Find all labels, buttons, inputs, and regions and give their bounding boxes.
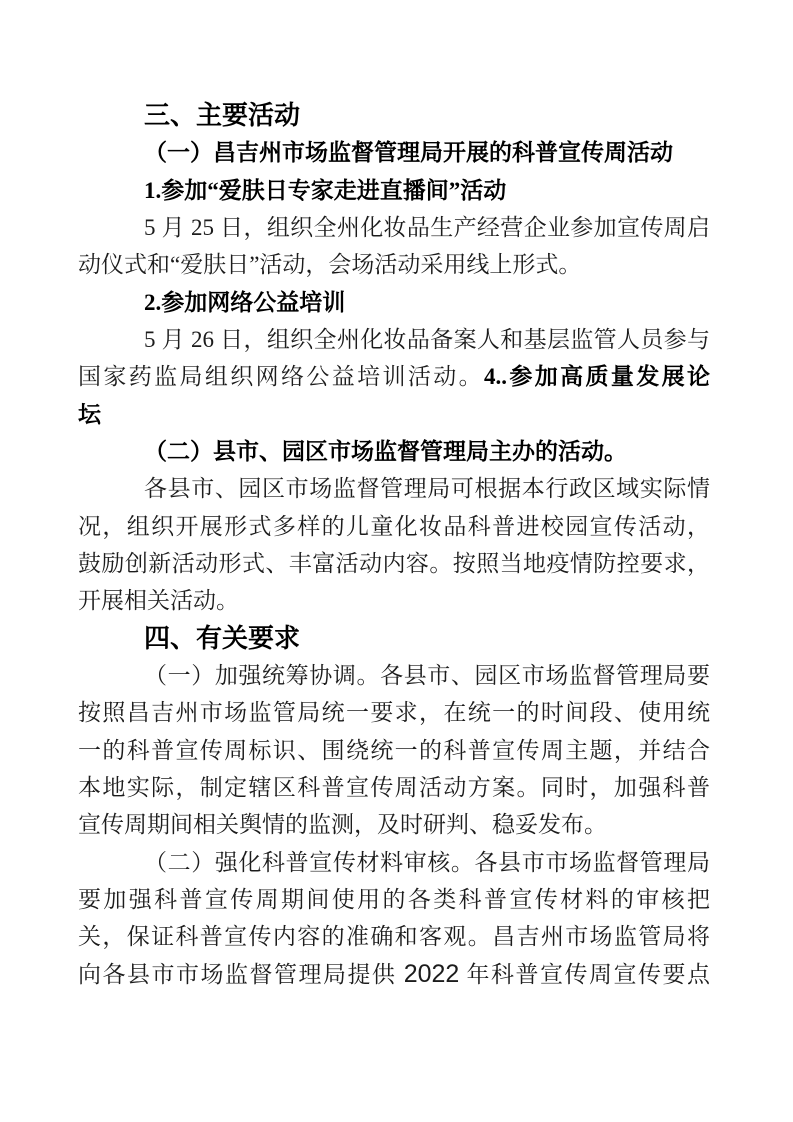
heading-section-3-main-activities: 三、主要活动: [78, 97, 710, 134]
paragraph-text: 鼓励创新活动形式、丰富活动内容。按照当地疫情防控要求，: [78, 551, 710, 576]
heading-item-2-online-public-training: 2.参加网络公益培训: [78, 284, 710, 321]
inline-heading-continuation: 坛: [78, 396, 710, 433]
heading-item-1-skin-care-day-livestream: 1.参加“爱肤日专家走进直播间”活动: [78, 172, 710, 209]
paragraph-line: 关，保证科普宣传内容的准确和客观。昌吉州市场监管局将: [78, 918, 710, 955]
paragraph-line-with-year: 向各县市市场监督管理局提供 2022 年科普宣传周宣传要点: [78, 956, 710, 993]
paragraph-text: 各县市、园区市场监督管理局可根据本行政区域实际情: [144, 476, 710, 501]
paragraph-text: 国家药监局组织网络公益培训活动。: [78, 364, 484, 389]
heading-text: （二）县市、园区市场监督管理局主办的活动。: [144, 439, 627, 464]
paragraph-text: 宣传周期间相关舆情的监测，及时研判、稳妥发布。: [78, 812, 607, 837]
paragraph-text: 要加强科普宣传周期间使用的各类科普宣传材料的审核把: [78, 887, 710, 912]
heading-section-4-requirements: 四、有关要求: [78, 620, 710, 657]
paragraph-line: 5 月 25 日，组织全州化妆品生产经营企业参加宣传周启: [78, 209, 710, 246]
document-body: 三、主要活动 （一）昌吉州市场监督管理局开展的科普宣传周活动 1.参加“爱肤日专…: [78, 97, 710, 993]
paragraph-text: 开展相关活动。: [78, 588, 239, 613]
paragraph-text: （二）强化科普宣传材料审核。各县市市场监督管理局: [144, 850, 710, 875]
paragraph-text: 关，保证科普宣传内容的准确和客观。昌吉州市场监管局将: [78, 924, 710, 949]
heading-sub-2-county-bureau-activities: （二）县市、园区市场监督管理局主办的活动。: [78, 433, 710, 470]
paragraph-line: （二）强化科普宣传材料审核。各县市市场监督管理局: [78, 844, 710, 881]
paragraph-line: 动仪式和“爱肤日”活动，会场活动采用线上形式。: [78, 246, 710, 283]
paragraph-text: 5 月 25 日，组织全州化妆品生产经营企业参加宣传周启: [144, 215, 710, 240]
paragraph-line: 一的科普宣传周标识、围绕统一的科普宣传周主题，并结合: [78, 732, 710, 769]
year-2022-text: 2022: [404, 960, 460, 988]
paragraph-line: 本地实际，制定辖区科普宣传周活动方案。同时，加强科普: [78, 769, 710, 806]
heading-text: 三、主要活动: [144, 100, 300, 130]
paragraph-line: 况，组织开展形式多样的儿童化妆品科普进校园宣传活动，: [78, 508, 710, 545]
paragraph-line: 各县市、园区市场监督管理局可根据本行政区域实际情: [78, 470, 710, 507]
paragraph-text: （一）加强统筹协调。各县市、园区市场监督管理局要: [144, 663, 710, 688]
paragraph-line: 开展相关活动。: [78, 582, 710, 619]
inline-heading-item-4-high-quality-forum: 4..参加高质量发展论: [484, 364, 710, 389]
document-page: 三、主要活动 （一）昌吉州市场监督管理局开展的科普宣传周活动 1.参加“爱肤日专…: [0, 0, 793, 1122]
paragraph-line: 鼓励创新活动形式、丰富活动内容。按照当地疫情防控要求，: [78, 545, 710, 582]
paragraph-text: 5 月 26 日，组织全州化妆品备案人和基层监管人员参与: [144, 327, 710, 352]
paragraph-line: 5 月 26 日，组织全州化妆品备案人和基层监管人员参与: [78, 321, 710, 358]
heading-sub-1-prefecture-bureau-activities: （一）昌吉州市场监督管理局开展的科普宣传周活动: [78, 134, 710, 171]
paragraph-line: 按照昌吉州市场监管局统一要求，在统一的时间段、使用统: [78, 694, 710, 731]
paragraph-text: 本地实际，制定辖区科普宣传周活动方案。同时，加强科普: [78, 775, 710, 800]
paragraph-line: 要加强科普宣传周期间使用的各类科普宣传材料的审核把: [78, 881, 710, 918]
paragraph-text: 按照昌吉州市场监管局统一要求，在统一的时间段、使用统: [78, 700, 710, 725]
heading-text: 坛: [78, 402, 101, 427]
heading-text: （一）昌吉州市场监督管理局开展的科普宣传周活动: [144, 140, 673, 165]
heading-text: 2.参加网络公益培训: [144, 290, 345, 315]
paragraph-text: 一的科普宣传周标识、围绕统一的科普宣传周主题，并结合: [78, 738, 710, 763]
heading-text: 1.参加“爱肤日专家走进直播间”活动: [144, 178, 506, 203]
paragraph-text: 年科普宣传周宣传要点: [459, 962, 710, 987]
paragraph-text: 况，组织开展形式多样的儿童化妆品科普进校园宣传活动，: [78, 514, 710, 539]
paragraph-line: 宣传周期间相关舆情的监测，及时研判、稳妥发布。: [78, 806, 710, 843]
paragraph-text: 动仪式和“爱肤日”活动，会场活动采用线上形式。: [78, 252, 581, 277]
paragraph-line-with-inline-heading: 国家药监局组织网络公益培训活动。4..参加高质量发展论: [78, 358, 710, 395]
paragraph-text: 向各县市市场监督管理局提供: [78, 962, 404, 987]
heading-text: 四、有关要求: [144, 623, 300, 653]
paragraph-line: （一）加强统筹协调。各县市、园区市场监督管理局要: [78, 657, 710, 694]
